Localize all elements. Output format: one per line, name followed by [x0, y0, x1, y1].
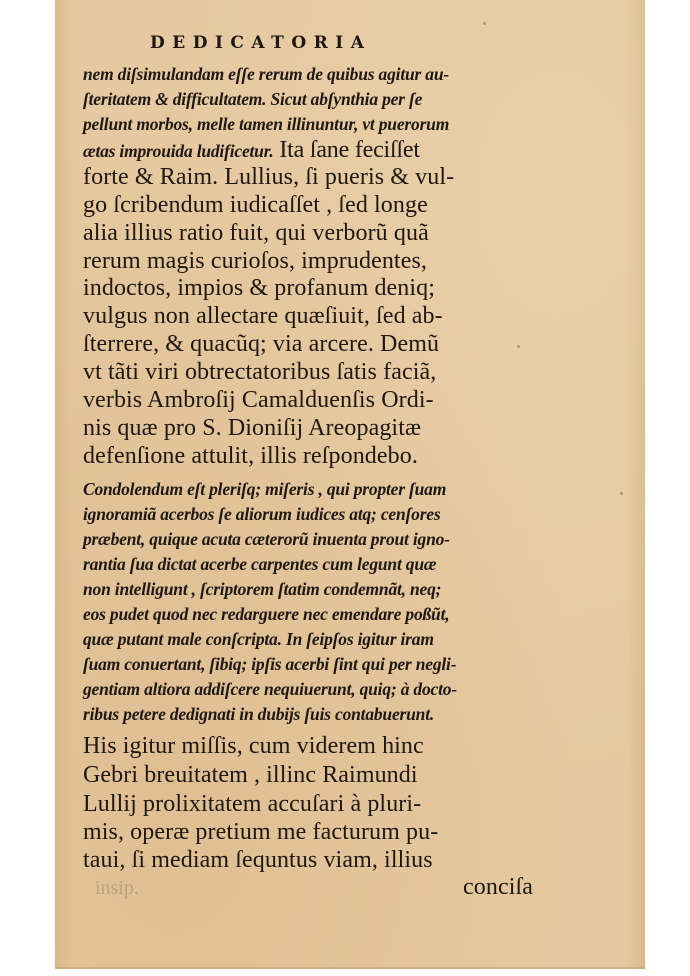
catchword: conciſa	[463, 875, 533, 899]
text-line: nis quæ pro S. Dioniſij Areopagitæ	[83, 416, 421, 440]
text-line: mis, operæ pretium me facturum pu-	[83, 820, 438, 844]
text-line: vt tãti viri obtrectatoribus ſatis faciã…	[83, 360, 436, 384]
running-head: DEDICATORIA	[150, 35, 371, 52]
text-line: pellunt morbos, melle tamen illinuntur, …	[83, 116, 449, 134]
text-line: vulgus non allectare quæſiuit, ſed ab-	[83, 304, 443, 328]
text-line: alia illius ratio fuit, qui verborũ quã	[83, 221, 429, 245]
text-line: verbis Ambroſij Camalduenſis Ordi-	[83, 388, 434, 412]
paper-speck	[517, 345, 520, 348]
text-line: His igitur miſſis, cum viderem hinc	[83, 734, 424, 758]
italic-segment: ætas improuida ludificetur.	[83, 141, 274, 161]
text-line: ſterrere, & quacũq; via arcere. Demũ	[83, 332, 439, 356]
text-line: eos pudet quod nec redarguere nec emenda…	[83, 606, 449, 624]
text-line: rerum magis curioſos, imprudentes,	[83, 249, 427, 273]
text-line: non intelligunt , ſcriptorem ſtatim cond…	[83, 581, 441, 599]
text-line: defenſione attulit, illis reſpondebo.	[83, 444, 418, 468]
text-line: ignoramiã acerbos ſe aliorum iudices atq…	[83, 506, 440, 524]
text-line: ſteritatem & difficultatem. Sicut abſynt…	[83, 91, 422, 109]
text-line: Gebri breuitatem , illinc Raimundi	[83, 763, 418, 787]
text-line: Lullij prolixitatem accuſari à pluri-	[83, 792, 421, 816]
text-line: indoctos, impios & profanum deniq;	[83, 276, 435, 300]
bleed-through-text: insip.	[95, 878, 139, 898]
text-line: gentiam altiora addiſcere nequiuerunt, q…	[83, 681, 457, 699]
text-line: forte & Raim. Lullius, ſi pueris & vul-	[83, 165, 454, 189]
paper-speck	[483, 22, 486, 25]
text-line: Condolendum eſt pleriſq; miſeris , qui p…	[83, 481, 446, 499]
roman-segment: Ita ſane feciſſet	[274, 137, 420, 163]
text-line-mixed: ætas improuida ludificetur. Ita ſane fec…	[83, 138, 420, 162]
text-line: rantia ſua dictat acerbe carpentes cum l…	[83, 556, 436, 574]
text-line: nem diſsimulandam eſſe rerum de quibus a…	[83, 66, 449, 84]
text-line: ribus petere dedignati in dubijs ſuis co…	[83, 706, 434, 724]
text-line: ſuam conuertant, ſibiq; ipſis acerbi ſin…	[83, 656, 456, 674]
text-line: taui, ſi mediam ſequntus viam, illius	[83, 848, 433, 872]
text-line: quæ putant male conſcripta. In ſeipſos i…	[83, 631, 434, 649]
paper-speck	[620, 492, 623, 495]
text-line: go ſcribendum iudicaſſet , ſed longe	[83, 193, 428, 217]
text-line: præbent, quique acuta cæterorũ inuenta p…	[83, 531, 450, 549]
